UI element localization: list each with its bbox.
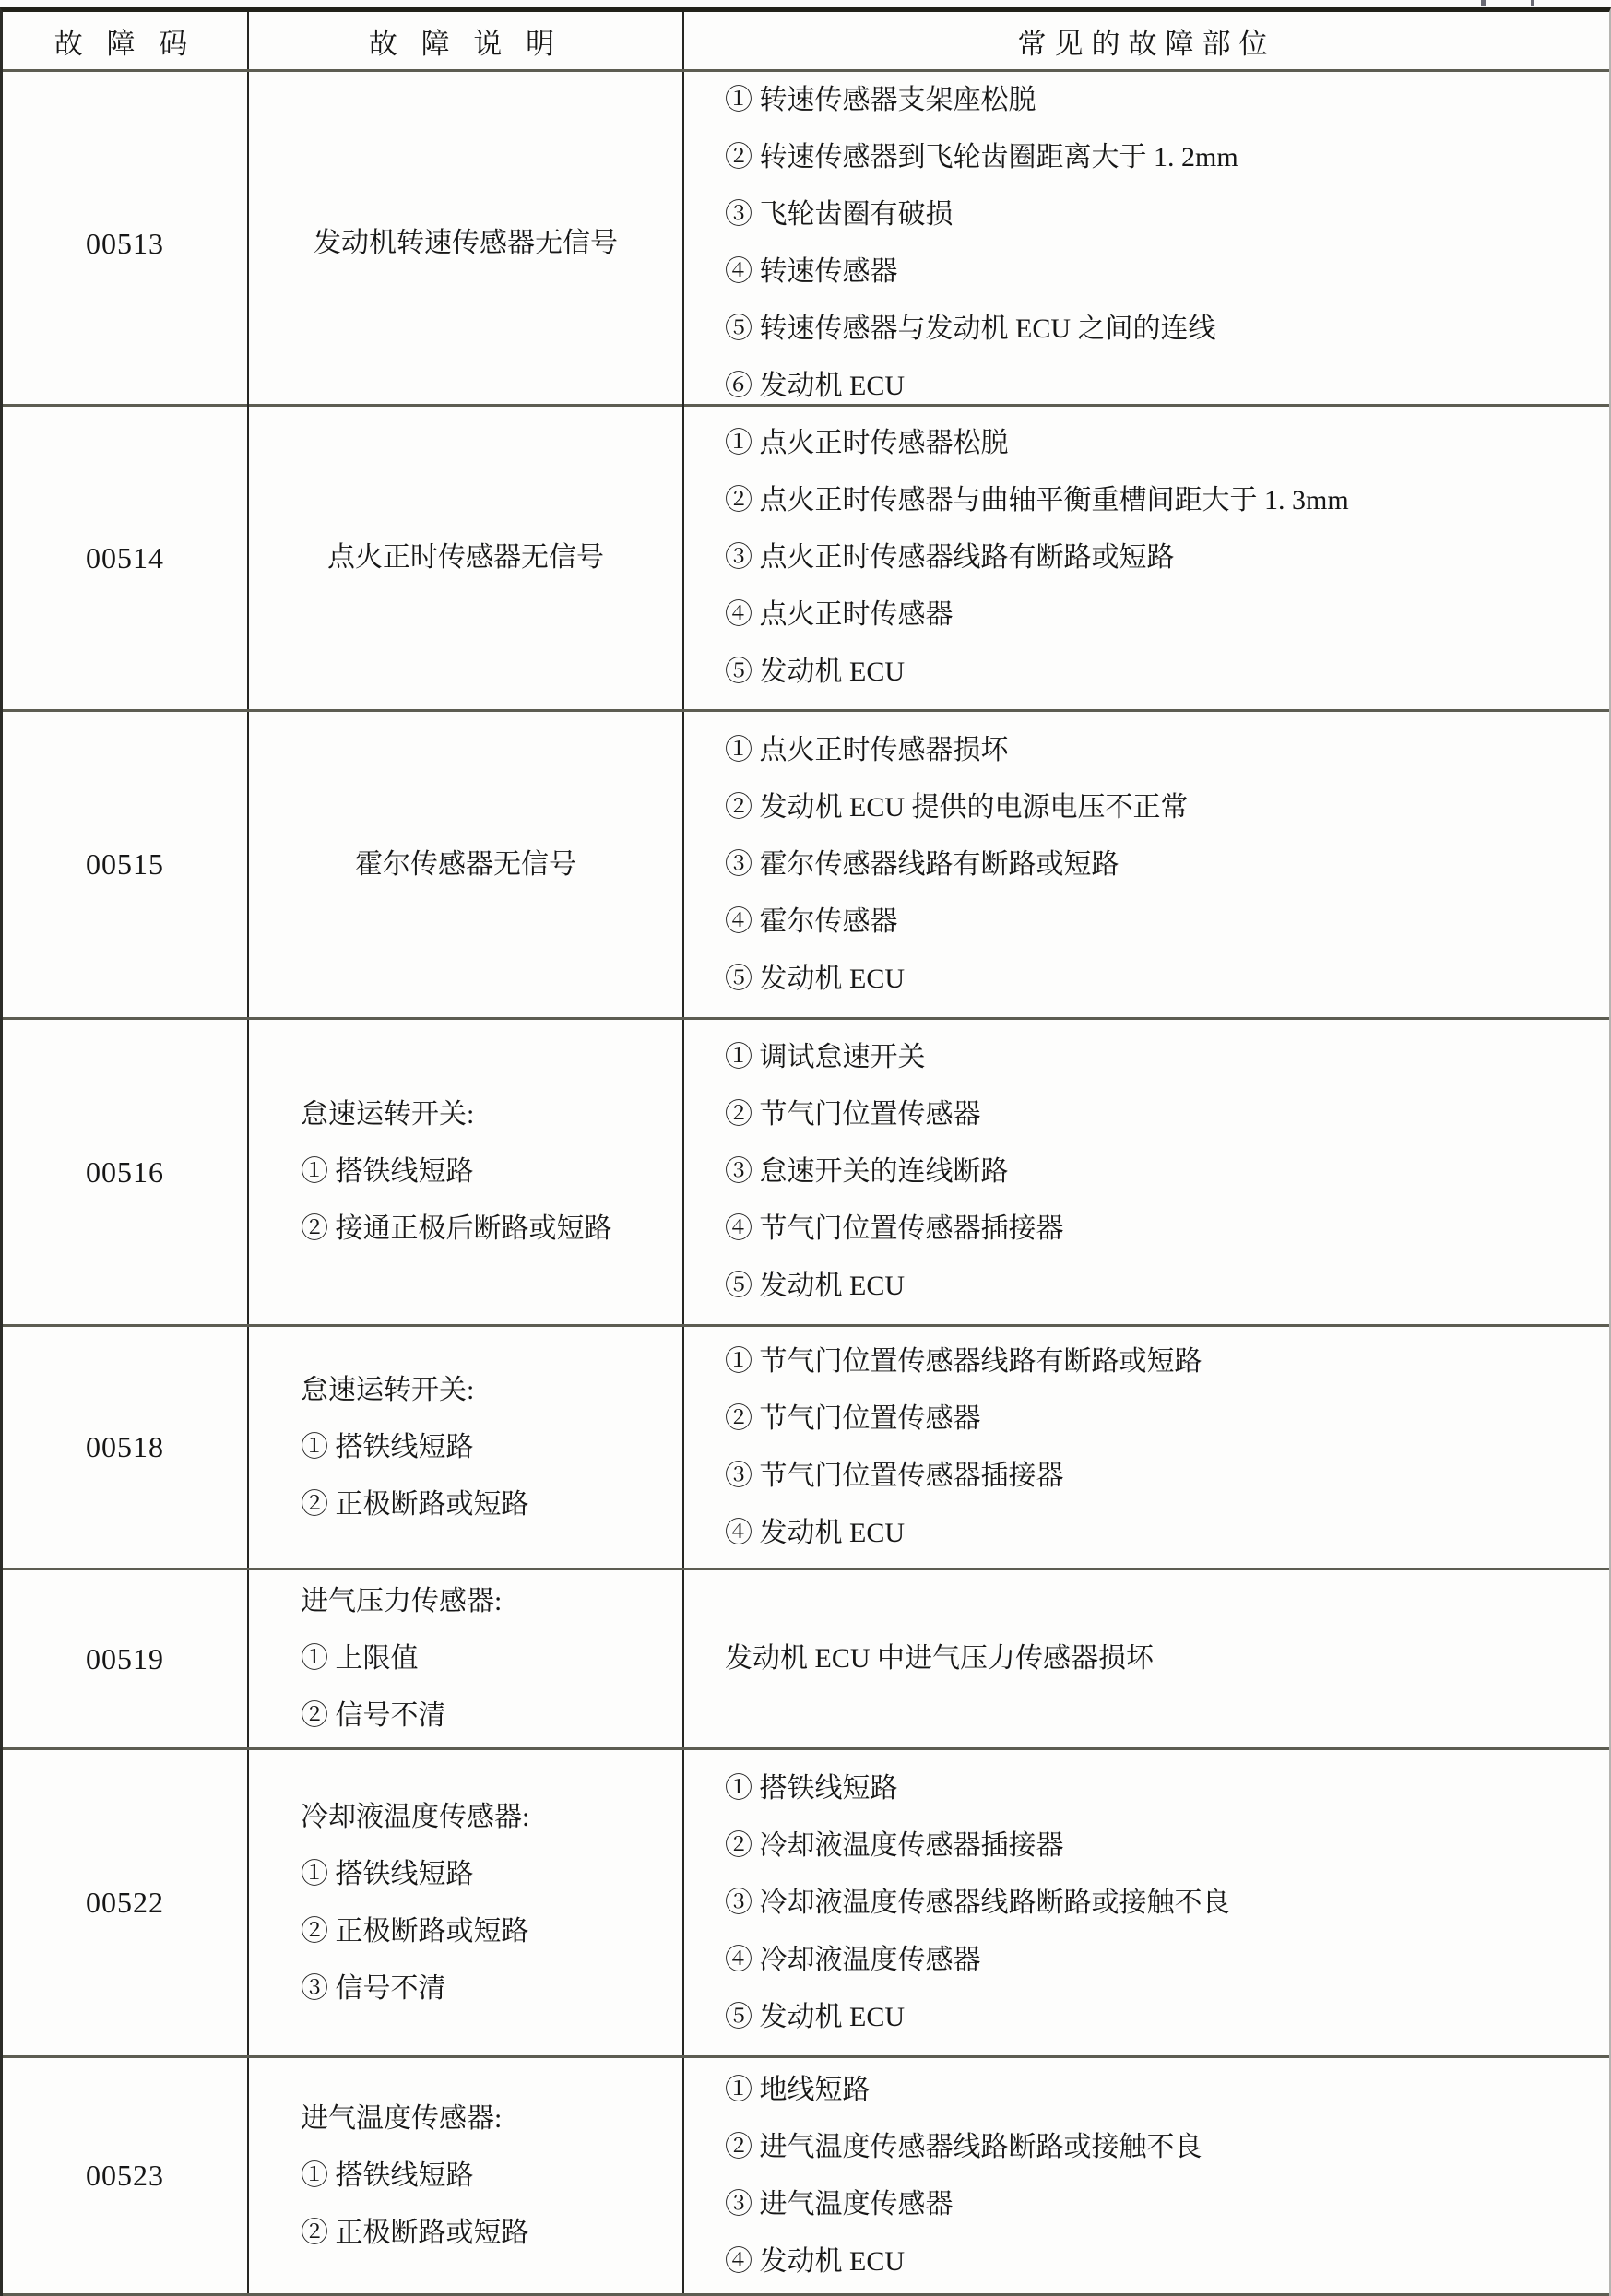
fault-code-cell: 00523 [3, 2058, 249, 2293]
table-header-row: 故 障 码 故 障 说 明 常见的故障部位 [3, 12, 1609, 72]
fault-code-value: 00523 [86, 2159, 164, 2193]
table-body: 00513发动机转速传感器无信号① 转速传感器支架座松脱② 转速传感器到飞轮齿圈… [3, 72, 1609, 2296]
fault-location-line: ③ 霍尔传感器线路有断路或短路 [725, 836, 1119, 894]
fault-location-line: ① 转速传感器支架座松脱 [725, 72, 1036, 129]
fault-location-line: ① 地线短路 [725, 2062, 871, 2119]
fault-locations-cell: ① 调试怠速开关② 节气门位置传感器③ 怠速开关的连线断路④ 节气门位置传感器插… [684, 1020, 1609, 1324]
table-row: 00515霍尔传感器无信号① 点火正时传感器损坏② 发动机 ECU 提供的电源电… [3, 712, 1609, 1020]
fault-location-line: 发动机 ECU 中进气压力传感器损坏 [725, 1630, 1154, 1687]
fault-location-line: ② 进气温度传感器线路断路或接触不良 [725, 2119, 1202, 2176]
fault-location-line: ④ 节气门位置传感器插接器 [725, 1201, 1064, 1258]
fault-description-cell: 怠速运转开关:① 搭铁线短路② 正极断路或短路 [249, 1327, 684, 1568]
fault-code-value: 00522 [86, 1886, 164, 1920]
fault-location-line: ⑤ 发动机 ECU [725, 644, 905, 701]
fault-description-cell: 点火正时传感器无信号 [249, 407, 684, 709]
table-row: 00519进气压力传感器:① 上限值② 信号不清发动机 ECU 中进气压力传感器… [3, 1570, 1609, 1750]
fault-locations-cell: ① 节气门位置传感器线路有断路或短路② 节气门位置传感器③ 节气门位置传感器插接… [684, 1327, 1609, 1568]
header-fault-description: 故 障 说 明 [249, 12, 684, 69]
fault-description-line: 怠速运转开关: [301, 1086, 474, 1143]
fault-description-line: 冷却液温度传感器: [301, 1789, 529, 1846]
scanned-document-page: 故 障 码 故 障 说 明 常见的故障部位 00513发动机转速传感器无信号① … [0, 0, 1611, 2296]
table-row: 00518怠速运转开关:① 搭铁线短路② 正极断路或短路① 节气门位置传感器线路… [3, 1327, 1609, 1570]
fault-location-line: ① 点火正时传感器松脱 [725, 415, 1009, 472]
fault-locations-cell: ① 点火正时传感器松脱② 点火正时传感器与曲轴平衡重槽间距大于 1. 3mm③ … [684, 407, 1609, 709]
fault-location-line: ③ 飞轮齿圈有破损 [725, 186, 954, 243]
fault-description-line: ① 搭铁线短路 [301, 1419, 474, 1476]
fault-description-line: ① 上限值 [301, 1630, 419, 1687]
fault-description-line: ② 正极断路或短路 [301, 1903, 529, 1960]
cropped-text-remnant [1531, 0, 1534, 6]
fault-description-line: 霍尔传感器无信号 [355, 836, 576, 894]
fault-location-line: ③ 节气门位置传感器插接器 [725, 1448, 1064, 1505]
fault-description-line: ① 搭铁线短路 [301, 1846, 474, 1903]
table-row: 00514点火正时传感器无信号① 点火正时传感器松脱② 点火正时传感器与曲轴平衡… [3, 407, 1609, 712]
fault-description-line: ③ 信号不清 [301, 1960, 446, 2018]
fault-location-line: ② 节气门位置传感器 [725, 1086, 981, 1143]
fault-description-cell: 进气温度传感器:① 搭铁线短路② 正极断路或短路 [249, 2058, 684, 2293]
fault-location-line: ② 发动机 ECU 提供的电源电压不正常 [725, 779, 1189, 836]
fault-code-cell: 00518 [3, 1327, 249, 1568]
fault-description-line: 怠速运转开关: [301, 1362, 474, 1419]
fault-description-line: 进气压力传感器: [301, 1573, 502, 1630]
fault-location-line: ③ 进气温度传感器 [725, 2176, 954, 2233]
fault-description-line: ② 信号不清 [301, 1687, 446, 1745]
fault-code-value: 00513 [86, 227, 164, 261]
table-row: 00513发动机转速传感器无信号① 转速传感器支架座松脱② 转速传感器到飞轮齿圈… [3, 72, 1609, 407]
fault-code-cell: 00513 [3, 72, 249, 415]
fault-location-line: ① 点火正时传感器损坏 [725, 722, 1009, 779]
header-common-fault-locations: 常见的故障部位 [684, 12, 1609, 69]
fault-description-line: ② 正极断路或短路 [301, 1476, 529, 1533]
fault-code-cell: 00522 [3, 1750, 249, 2055]
fault-description-cell: 发动机转速传感器无信号 [249, 72, 684, 415]
fault-location-line: ⑤ 发动机 ECU [725, 1989, 905, 2046]
fault-code-value: 00516 [86, 1155, 164, 1189]
fault-location-line: ① 调试怠速开关 [725, 1029, 926, 1086]
table-row: 00522冷却液温度传感器:① 搭铁线短路② 正极断路或短路③ 信号不清① 搭铁… [3, 1750, 1609, 2058]
fault-location-line: ② 冷却液温度传感器插接器 [725, 1817, 1064, 1875]
fault-location-line: ④ 转速传感器 [725, 243, 898, 301]
header-fault-code: 故 障 码 [3, 12, 249, 69]
fault-description-line: ① 搭铁线短路 [301, 2148, 474, 2205]
fault-location-line: ③ 点火正时传感器线路有断路或短路 [725, 529, 1175, 586]
fault-location-line: ④ 冷却液温度传感器 [725, 1932, 981, 1989]
fault-location-line: ③ 冷却液温度传感器线路断路或接触不良 [725, 1875, 1230, 1932]
fault-location-line: ① 搭铁线短路 [725, 1760, 898, 1817]
fault-description-line: ① 搭铁线短路 [301, 1143, 474, 1201]
fault-location-line: ⑤ 转速传感器与发动机 ECU 之间的连线 [725, 301, 1216, 358]
fault-description-cell: 怠速运转开关:① 搭铁线短路② 接通正极后断路或短路 [249, 1020, 684, 1324]
fault-description-line: 发动机转速传感器无信号 [314, 215, 618, 272]
fault-description-line: 进气温度传感器: [301, 2090, 502, 2148]
fault-code-table: 故 障 码 故 障 说 明 常见的故障部位 00513发动机转速传感器无信号① … [0, 7, 1611, 2296]
fault-locations-cell: ① 搭铁线短路② 冷却液温度传感器插接器③ 冷却液温度传感器线路断路或接触不良④… [684, 1750, 1609, 2055]
fault-location-line: ⑤ 发动机 ECU [725, 1258, 905, 1315]
fault-code-value: 00515 [86, 847, 164, 882]
fault-location-line: ② 节气门位置传感器 [725, 1391, 981, 1448]
table-row: 00523进气温度传感器:① 搭铁线短路② 正极断路或短路① 地线短路② 进气温… [3, 2058, 1609, 2296]
fault-location-line: ③ 怠速开关的连线断路 [725, 1143, 1009, 1201]
fault-location-line: ④ 点火正时传感器 [725, 586, 954, 644]
fault-code-cell: 00516 [3, 1020, 249, 1324]
fault-location-line: ⑤ 发动机 ECU [725, 951, 905, 1008]
fault-code-value: 00518 [86, 1430, 164, 1464]
fault-locations-cell: ① 转速传感器支架座松脱② 转速传感器到飞轮齿圈距离大于 1. 2mm③ 飞轮齿… [684, 72, 1609, 415]
fault-description-cell: 霍尔传感器无信号 [249, 712, 684, 1017]
fault-location-line: ② 点火正时传感器与曲轴平衡重槽间距大于 1. 3mm [725, 472, 1349, 529]
fault-location-line: ① 节气门位置传感器线路有断路或短路 [725, 1333, 1202, 1391]
fault-code-value: 00519 [86, 1642, 164, 1676]
fault-description-line: ② 接通正极后断路或短路 [301, 1201, 612, 1258]
fault-description-line: ② 正极断路或短路 [301, 2205, 529, 2262]
cropped-text-remnant [1481, 0, 1486, 6]
fault-description-line: 点火正时传感器无信号 [327, 529, 604, 586]
fault-description-cell: 冷却液温度传感器:① 搭铁线短路② 正极断路或短路③ 信号不清 [249, 1750, 684, 2055]
fault-code-cell: 00515 [3, 712, 249, 1017]
fault-location-line: ② 转速传感器到飞轮齿圈距离大于 1. 2mm [725, 129, 1238, 186]
fault-locations-cell: 发动机 ECU 中进气压力传感器损坏 [684, 1570, 1609, 1747]
fault-code-cell: 00514 [3, 407, 249, 709]
fault-locations-cell: ① 点火正时传感器损坏② 发动机 ECU 提供的电源电压不正常③ 霍尔传感器线路… [684, 712, 1609, 1017]
fault-code-value: 00514 [86, 541, 164, 575]
fault-description-cell: 进气压力传感器:① 上限值② 信号不清 [249, 1570, 684, 1747]
table-row: 00516怠速运转开关:① 搭铁线短路② 接通正极后断路或短路① 调试怠速开关②… [3, 1020, 1609, 1327]
fault-location-line: ④ 发动机 ECU [725, 1505, 905, 1562]
fault-code-cell: 00519 [3, 1570, 249, 1747]
fault-location-line: ④ 发动机 ECU [725, 2233, 905, 2290]
fault-location-line: ④ 霍尔传感器 [725, 894, 898, 951]
fault-locations-cell: ① 地线短路② 进气温度传感器线路断路或接触不良③ 进气温度传感器④ 发动机 E… [684, 2058, 1609, 2293]
